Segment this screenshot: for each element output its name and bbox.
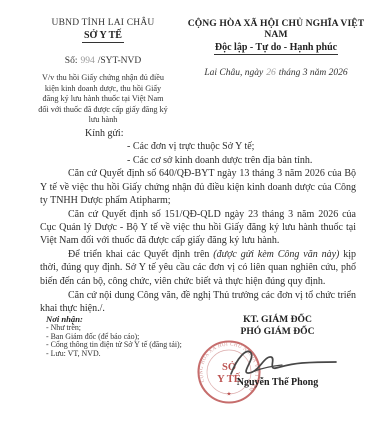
national-motto: Độc lập - Tự do - Hạnh phúc [178, 42, 374, 55]
national-header-block: CỘNG HÒA XÃ HỘI CHỦ NGHĨA VIỆT NAM Độc l… [178, 18, 374, 78]
document-number: Số:994/SYT-NVD [30, 56, 176, 66]
document-body: Kính gửi: - Các đơn vị trực thuộc Sở Y t… [40, 127, 356, 316]
signature-title-block: KT. GIÁM ĐỐC PHÓ GIÁM ĐỐC [200, 314, 355, 337]
paragraph-1: Căn cứ Quyết định số 640/QĐ-BYT ngày 13 … [40, 167, 356, 207]
noi-nhan-item: - Lưu: VT, NVD. [46, 350, 211, 359]
salutation: Kính gửi: [85, 127, 356, 140]
paragraph-2: Căn cứ Quyết định số 151/QĐ-QLD ngày 23 … [40, 208, 356, 248]
issuer-org-name: SỞ Y TẾ [30, 30, 176, 43]
date-day-value: 26 [266, 68, 276, 78]
national-name: CỘNG HÒA XÃ HỘI CHỦ NGHĨA VIỆT NAM [178, 18, 374, 40]
paragraph-4: Căn cứ nội dung Công văn, đề nghị Thủ tr… [40, 289, 356, 316]
noi-nhan-block: Nơi nhận: - Như trên; - Ban Giám đốc (để… [46, 314, 211, 358]
document-subject: V/v thu hồi Giấy chứng nhận đủ điều kiện… [37, 73, 169, 126]
paragraph-3: Để triển khai các Quyết định trên (được … [40, 248, 356, 288]
paragraph-3-italic: (được gửi kèm Công văn này) [213, 249, 339, 260]
document-number-value: 994 [80, 56, 94, 66]
document-page: UBND TỈNH LAI CHÂU SỞ Y TẾ Số:994/SYT-NV… [0, 0, 382, 437]
signer-title-position: PHÓ GIÁM ĐỐC [200, 326, 355, 337]
seal-star-icon: ★ [227, 391, 232, 398]
issuer-block: UBND TỈNH LAI CHÂU SỞ Y TẾ Số:994/SYT-NV… [30, 18, 176, 126]
place-and-date: Lai Châu, ngày26tháng 3 năm 2026 [178, 68, 374, 78]
issuer-parent-org: UBND TỈNH LAI CHÂU [30, 18, 176, 28]
recipient-line: - Các đơn vị trực thuộc Sở Y tế; [127, 140, 356, 153]
signer-title-kt: KT. GIÁM ĐỐC [200, 314, 355, 325]
recipient-line: - Các cơ sở kinh doanh dược trên địa bàn… [127, 154, 356, 167]
signer-name: Nguyễn Thế Phong [205, 377, 350, 388]
